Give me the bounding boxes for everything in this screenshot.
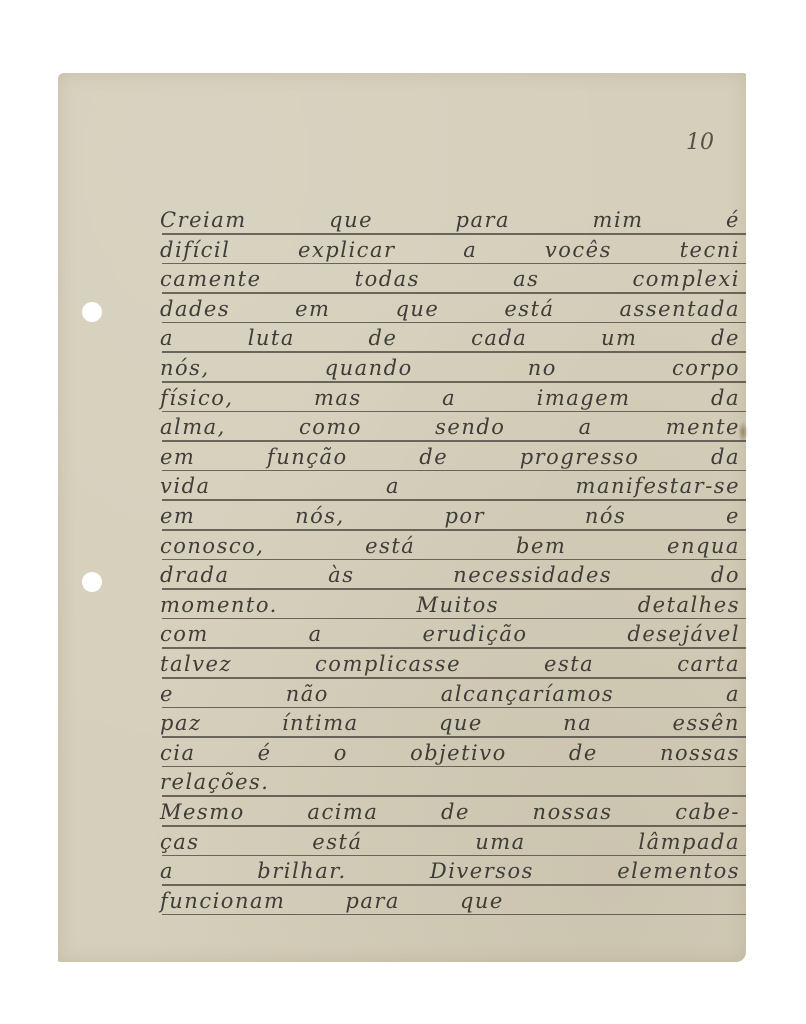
- handwritten-word: nós,: [160, 356, 210, 380]
- handwritten-word: a: [463, 238, 477, 262]
- ruled-line: [162, 559, 746, 561]
- ruled-line: [162, 647, 746, 649]
- handwritten-word: a: [160, 859, 174, 883]
- handwritten-line: Creiamqueparamimé: [160, 208, 740, 232]
- handwritten-word: nossas: [660, 741, 740, 765]
- handwritten-word: complicasse: [315, 652, 461, 676]
- handwritten-word: elementos: [617, 859, 740, 883]
- handwritten-word: a: [579, 415, 593, 439]
- handwritten-word: de: [369, 326, 398, 350]
- handwritten-line: pazíntimaquenaessên: [160, 711, 740, 735]
- handwritten-word: às: [328, 563, 354, 587]
- handwritten-word: a: [726, 682, 740, 706]
- handwritten-line: emfunçãodeprogressoda: [160, 445, 740, 469]
- handwritten-word: brilhar.: [257, 859, 346, 883]
- handwritten-word: cabe-: [675, 800, 740, 824]
- handwritten-line: nós,quandonocorpo: [160, 356, 740, 380]
- handwritten-word: em: [295, 297, 330, 321]
- ruled-line: [162, 766, 746, 768]
- handwritten-line: funcionamparaque: [160, 889, 740, 913]
- handwritten-word: lâmpada: [638, 830, 740, 854]
- ruled-line: [162, 677, 746, 679]
- handwritten-word: difícil: [160, 238, 230, 262]
- handwritten-word: é: [726, 208, 740, 232]
- handwritten-word: funcionam: [160, 889, 285, 913]
- handwritten-word: paz: [160, 711, 202, 735]
- handwritten-line: comaerudiçãodesejável: [160, 622, 740, 646]
- ruled-line: [162, 618, 746, 620]
- handwritten-word: íntima: [282, 711, 359, 735]
- handwritten-line: dradaàsnecessidadesdo: [160, 563, 740, 587]
- handwritten-word: corpo: [672, 356, 740, 380]
- handwritten-word: as: [513, 267, 539, 291]
- handwritten-word: camente: [160, 267, 262, 291]
- handwritten-word: ças: [160, 830, 200, 854]
- handwritten-word: objetivo: [410, 741, 507, 765]
- ruled-line: [162, 884, 746, 886]
- handwritten-word: o: [334, 741, 348, 765]
- handwritten-word: uma: [475, 830, 525, 854]
- handwritten-word: Diversos: [430, 859, 534, 883]
- handwritten-word: Mesmo: [160, 800, 245, 824]
- handwritten-word: assentada: [620, 297, 740, 321]
- handwritten-word: a: [386, 474, 400, 498]
- handwritten-word: mim: [593, 208, 644, 232]
- ruled-line: [162, 529, 746, 531]
- ruled-line: [162, 381, 746, 383]
- ruled-line: [162, 233, 746, 235]
- ruled-line: [162, 588, 746, 590]
- handwritten-word: que: [395, 297, 439, 321]
- handwritten-word: a: [160, 326, 174, 350]
- ruled-line: [162, 707, 746, 709]
- handwritten-word: alcançaríamos: [441, 682, 614, 706]
- handwritten-line: alma,comosendoamente: [160, 415, 740, 439]
- handwritten-word: desejável: [627, 622, 740, 646]
- handwritten-word: tecni: [680, 238, 740, 262]
- handwritten-word: detalhes: [638, 593, 740, 617]
- handwritten-word: que: [460, 889, 504, 913]
- handwritten-word: vida: [160, 474, 211, 498]
- handwritten-word: do: [711, 563, 740, 587]
- ruled-line: [162, 736, 746, 738]
- handwritten-line: abrilhar.Diversoselementos: [160, 859, 740, 883]
- handwritten-word: como: [299, 415, 362, 439]
- handwritten-word: é: [258, 741, 272, 765]
- ruled-line: [162, 795, 746, 797]
- handwritten-word: a: [309, 622, 323, 646]
- handwritten-word: Creiam: [160, 208, 247, 232]
- handwritten-word: quando: [325, 356, 413, 380]
- handwritten-word: que: [439, 711, 483, 735]
- handwritten-word: dades: [160, 297, 230, 321]
- handwritten-word: relações.: [160, 770, 270, 794]
- handwritten-word: e: [160, 682, 174, 706]
- handwritten-word: para: [456, 208, 511, 232]
- handwritten-word: progresso: [520, 445, 640, 469]
- ruled-line: [162, 322, 746, 324]
- ruled-line: [162, 914, 746, 916]
- handwritten-word: Muitos: [416, 593, 499, 617]
- handwritten-word: nós: [585, 504, 626, 528]
- handwritten-word: que: [329, 208, 373, 232]
- handwritten-word: não: [286, 682, 329, 706]
- handwritten-word: para: [345, 889, 400, 913]
- handwritten-word: na: [563, 711, 592, 735]
- handwritten-word: da: [711, 445, 740, 469]
- ruled-line: [162, 470, 746, 472]
- handwritten-word: complexi: [633, 267, 740, 291]
- handwritten-word: enqua: [667, 534, 740, 558]
- handwritten-line: momento.Muitosdetalhes: [160, 593, 740, 617]
- handwritten-line: enãoalcançaríamosa: [160, 682, 740, 706]
- ruled-line: [162, 292, 746, 294]
- handwritten-word: momento.: [160, 593, 278, 617]
- handwritten-word: erudição: [422, 622, 527, 646]
- handwritten-word: com: [160, 622, 209, 646]
- handwritten-word: imagem: [537, 386, 631, 410]
- handwritten-word: acima: [307, 800, 378, 824]
- handwritten-line: Mesmoacimadenossascabe-: [160, 800, 740, 824]
- handwritten-line: difícilexplicaravocêstecni: [160, 238, 740, 262]
- handwritten-line: dadesemqueestáassentada: [160, 297, 740, 321]
- handwritten-word: está: [312, 830, 362, 854]
- ruled-line: [162, 351, 746, 353]
- handwritten-word: talvez: [160, 652, 232, 676]
- handwritten-word: explicar: [298, 238, 395, 262]
- handwritten-word: cada: [471, 326, 527, 350]
- handwritten-word: essên: [673, 711, 740, 735]
- handwritten-word: por: [444, 504, 485, 528]
- handwritten-word: de: [441, 800, 470, 824]
- handwritten-word: cia: [160, 741, 196, 765]
- handwritten-line: vidaamanifestar-se: [160, 474, 740, 498]
- handwritten-word: está: [504, 297, 554, 321]
- punch-hole-upper: [82, 302, 102, 322]
- handwritten-word: em: [160, 445, 195, 469]
- handwritten-word: em: [160, 504, 195, 528]
- ruled-line: [162, 825, 746, 827]
- handwritten-line: conosco,estábemenqua: [160, 534, 740, 558]
- handwritten-word: necessidades: [453, 563, 612, 587]
- handwritten-line: alutadecadaumde: [160, 326, 740, 350]
- ruled-line: [162, 499, 746, 501]
- handwritten-word: e: [726, 504, 740, 528]
- handwritten-word: sendo: [435, 415, 505, 439]
- handwritten-line: relações.: [160, 770, 740, 794]
- ruled-line: [162, 440, 746, 442]
- punch-hole-lower: [82, 572, 102, 592]
- handwritten-word: manifestar-se: [576, 474, 740, 498]
- handwritten-word: alma,: [160, 415, 226, 439]
- handwritten-word: da: [711, 386, 740, 410]
- handwritten-line: camentetodasascomplexi: [160, 267, 740, 291]
- handwritten-word: mas: [314, 386, 362, 410]
- ruled-line: [162, 855, 746, 857]
- handwritten-word: função: [267, 445, 348, 469]
- handwritten-word: um: [601, 326, 637, 350]
- handwritten-word: físico,: [160, 386, 234, 410]
- handwritten-line: físico,masaimagemda: [160, 386, 740, 410]
- handwritten-line: emnós,pornóse: [160, 504, 740, 528]
- handwritten-letter-page: 10 Creiamqueparamimédifícilexplicaravocê…: [58, 73, 746, 962]
- handwritten-word: conosco,: [160, 534, 264, 558]
- handwritten-line: ciaéoobjetivodenossas: [160, 741, 740, 765]
- handwritten-word: nós,: [295, 504, 345, 528]
- handwritten-word: de: [711, 326, 740, 350]
- handwritten-word: luta: [248, 326, 295, 350]
- handwritten-word: carta: [677, 652, 740, 676]
- ruled-line: [162, 411, 746, 413]
- handwritten-line: talvezcomplicasseestacarta: [160, 652, 740, 676]
- handwritten-word: a: [442, 386, 456, 410]
- ruled-line: [162, 263, 746, 265]
- handwritten-word: está: [365, 534, 415, 558]
- page-number: 10: [686, 130, 714, 155]
- handwritten-word: todas: [355, 267, 420, 291]
- handwritten-word: nossas: [533, 800, 613, 824]
- handwritten-line: çasestáumalâmpada: [160, 830, 740, 854]
- handwritten-word: drada: [160, 563, 229, 587]
- handwritten-word: esta: [544, 652, 594, 676]
- handwritten-word: mente: [666, 415, 740, 439]
- handwritten-word: vocês: [545, 238, 612, 262]
- handwritten-word: bem: [516, 534, 566, 558]
- handwritten-word: de: [569, 741, 598, 765]
- handwritten-word: no: [528, 356, 557, 380]
- handwritten-word: de: [419, 445, 448, 469]
